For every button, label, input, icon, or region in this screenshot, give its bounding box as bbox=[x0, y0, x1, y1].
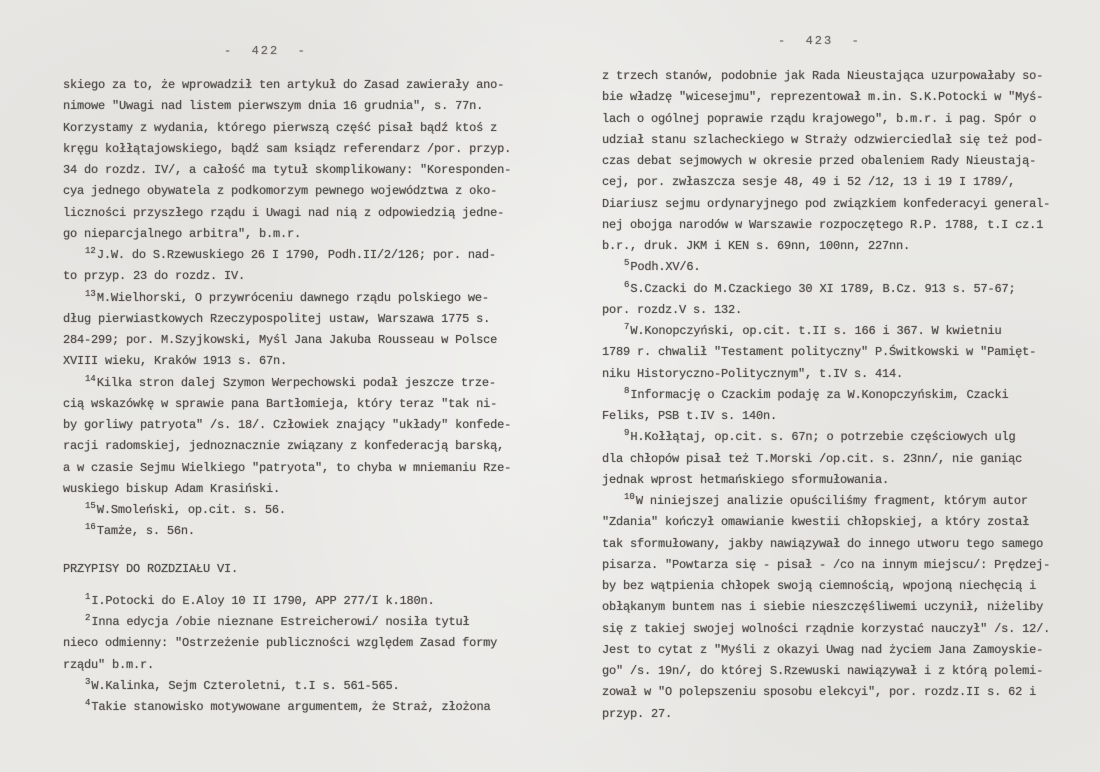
footnote-number: 10 bbox=[624, 487, 636, 508]
text-line: nieco odmienny: "Ostrzeżenie publicznośc… bbox=[63, 633, 523, 654]
text-line: czas debat sejmowych w okresie przed oba… bbox=[602, 151, 1072, 172]
text-line: wuskiego biskup Adam Krasiński. bbox=[63, 479, 523, 500]
footnote-number: 14 bbox=[85, 369, 97, 390]
footnote: 1I.Potocki do E.Aloy 10 II 1790, APP 277… bbox=[63, 591, 523, 612]
text-line: 1I.Potocki do E.Aloy 10 II 1790, APP 277… bbox=[63, 591, 523, 612]
text-line: by gorliwy patryota" /s. 18/. Człowiek z… bbox=[63, 415, 523, 436]
text-line: rządu" b.m.r. bbox=[63, 655, 523, 676]
text-line: Jest to cytat z "Myśli z okazyi Uwag nad… bbox=[602, 640, 1072, 661]
text-line: 13M.Wielhorski, O przywróceniu dawnego r… bbox=[63, 288, 523, 309]
text-line: jednak wprost hetmańskiego sformułowania… bbox=[602, 470, 1072, 491]
footnote: 10W niniejszej analizie opuściliśmy frag… bbox=[602, 491, 1072, 725]
footnote-number: 15 bbox=[85, 496, 97, 517]
paragraph: skiego za to, że wprowadził ten artykuł … bbox=[63, 75, 523, 245]
text-line: nej obojga narodów w Warszawie rozpoczęt… bbox=[602, 215, 1072, 236]
footnote: 7W.Konopczyński, op.cit. t.II s. 166 i 3… bbox=[602, 321, 1072, 385]
text-line: 12J.W. do S.Rzewuskiego 26 I 1790, Podh.… bbox=[63, 245, 523, 266]
page-number-left: - 422 - bbox=[224, 44, 307, 58]
text-line: z trzech stanów, podobnie jak Rada Nieus… bbox=[602, 66, 1072, 87]
text-line: XVIII wieku, Kraków 1913 s. 67n. bbox=[63, 351, 523, 372]
text-line: liczności przyszłego rządu i Uwagi nad n… bbox=[63, 203, 523, 224]
footnote-number: 8 bbox=[624, 381, 630, 402]
text-line: cej, por. zwłaszcza sesje 48, 49 i 52 /1… bbox=[602, 172, 1072, 193]
text-line: cya jednego obywatela z podkomorzym pewn… bbox=[63, 181, 523, 202]
footnote-number: 2 bbox=[85, 608, 91, 629]
footnote: 6S.Czacki do M.Czackiego 30 XI 1789, B.C… bbox=[602, 279, 1072, 322]
text-line: go nieparcjalnego arbitra", b.m.r. bbox=[63, 224, 523, 245]
footnote: 9H.Kołłątaj, op.cit. s. 67n; o potrzebie… bbox=[602, 427, 1072, 491]
text-line: Feliks, PSB t.IV s. 140n. bbox=[602, 406, 1072, 427]
text-line: b.r., druk. JKM i KEN s. 69nn, 100nn, 22… bbox=[602, 236, 1072, 257]
text-line: PRZYPISY DO ROZDZIAŁU VI. bbox=[63, 559, 523, 580]
text-line: racji radomskiej, jednoznacznie związany… bbox=[63, 436, 523, 457]
footnote: 3W.Kalinka, Sejm Czteroletni, t.I s. 561… bbox=[63, 676, 523, 697]
text-line: a w czasie Sejmu Wielkiego "patryota", t… bbox=[63, 458, 523, 479]
text-line: przyp. 27. bbox=[602, 704, 1072, 725]
text-line: pisarza. "Powtarza się - pisał - /co na … bbox=[602, 555, 1072, 576]
text-line: obłąkanym buntem nas i siebie nieszczęśl… bbox=[602, 597, 1072, 618]
footnote-number: 3 bbox=[85, 672, 91, 693]
footnote-number: 12 bbox=[85, 241, 97, 262]
paragraph: z trzech stanów, podobnie jak Rada Nieus… bbox=[602, 66, 1072, 257]
text-line: 7W.Konopczyński, op.cit. t.II s. 166 i 3… bbox=[602, 321, 1072, 342]
footnote-number: 6 bbox=[624, 275, 630, 296]
text-line: cią wskazówkę w sprawie pana Bartłomieja… bbox=[63, 394, 523, 415]
text-line: by bez wątpienia chłopek swoją ciemności… bbox=[602, 576, 1072, 597]
text-line: zował w "O polepszeniu sposobu elekcyi",… bbox=[602, 682, 1072, 703]
text-line: 2Inna edycja /obie nieznane Estreicherow… bbox=[63, 612, 523, 633]
text-line: 3W.Kalinka, Sejm Czteroletni, t.I s. 561… bbox=[63, 676, 523, 697]
text-line: 6S.Czacki do M.Czackiego 30 XI 1789, B.C… bbox=[602, 279, 1072, 300]
text-line: tak sformułowany, jakby nawiązywał do in… bbox=[602, 534, 1072, 555]
footnote-number: 5 bbox=[624, 253, 630, 274]
text-line: "Zdania" kończył omawianie kwestii chłop… bbox=[602, 512, 1072, 533]
text-line: bie władzę "wicesejmu", reprezentował m.… bbox=[602, 87, 1072, 108]
footnote-number: 1 bbox=[85, 587, 91, 608]
text-line: to przyp. 23 do rozdz. IV. bbox=[63, 266, 523, 287]
footnote: 15W.Smoleński, op.cit. s. 56. bbox=[63, 500, 523, 521]
footnote: 8Informację o Czackim podaję za W.Konopc… bbox=[602, 385, 1072, 428]
text-line: 34 do rozdz. IV/, a całość ma tytuł skom… bbox=[63, 160, 523, 181]
text-line: 15W.Smoleński, op.cit. s. 56. bbox=[63, 500, 523, 521]
footnote: 2Inna edycja /obie nieznane Estreicherow… bbox=[63, 612, 523, 676]
text-line: go" /s. 19n/, do której S.Rzewuski nawią… bbox=[602, 661, 1072, 682]
text-line: 1789 r. chwalił "Testament polityczny" P… bbox=[602, 342, 1072, 363]
text-line: dla chłopów pisał też T.Morski /op.cit. … bbox=[602, 449, 1072, 470]
footnote-number: 7 bbox=[624, 317, 630, 338]
text-line: Korzystamy z wydania, którego pierwszą c… bbox=[63, 118, 523, 139]
text-line: udział stanu szlacheckiego w Straży odzw… bbox=[602, 130, 1072, 151]
text-line: 284-299; por. M.Szyjkowski, Myśl Jana Ja… bbox=[63, 330, 523, 351]
text-line: 4Takie stanowisko motywowane argumentem,… bbox=[63, 697, 523, 718]
text-line: 5Podh.XV/6. bbox=[602, 257, 1072, 278]
footnote: 13M.Wielhorski, O przywróceniu dawnego r… bbox=[63, 288, 523, 373]
footnote: 12J.W. do S.Rzewuskiego 26 I 1790, Podh.… bbox=[63, 245, 523, 288]
footnote-number: 9 bbox=[624, 423, 630, 444]
page-right-text-column: z trzech stanów, podobnie jak Rada Nieus… bbox=[602, 66, 1072, 725]
text-line: 8Informację o Czackim podaję za W.Konopc… bbox=[602, 385, 1072, 406]
footnote-number: 13 bbox=[85, 284, 97, 305]
footnote-number: 4 bbox=[85, 693, 91, 714]
footnote: 16Tamże, s. 56n. bbox=[63, 521, 523, 542]
text-line: kręgu kołłątajowskiego, bądź sam ksiądz … bbox=[63, 139, 523, 160]
page-number-right: - 423 - bbox=[778, 34, 861, 48]
footnote-number: 16 bbox=[85, 517, 97, 538]
text-line: 10W niniejszej analizie opuściliśmy frag… bbox=[602, 491, 1072, 512]
footnote: 5Podh.XV/6. bbox=[602, 257, 1072, 278]
text-line: 14Kilka stron dalej Szymon Werpechowski … bbox=[63, 373, 523, 394]
page-left-text-column: skiego za to, że wprowadził ten artykuł … bbox=[63, 75, 523, 718]
footnote: 4Takie stanowisko motywowane argumentem,… bbox=[63, 697, 523, 718]
text-line: niku Historyczno-Politycznym", t.IV s. 4… bbox=[602, 364, 1072, 385]
text-line: dług pierwiastkowych Rzeczypospolitej us… bbox=[63, 309, 523, 330]
text-line: 9H.Kołłątaj, op.cit. s. 67n; o potrzebie… bbox=[602, 427, 1072, 448]
footnote: 14Kilka stron dalej Szymon Werpechowski … bbox=[63, 373, 523, 501]
text-line: lach o ogólnej poprawie rządu krajowego"… bbox=[602, 109, 1072, 130]
text-line: por. rozdz.V s. 132. bbox=[602, 300, 1072, 321]
section-heading: PRZYPISY DO ROZDZIAŁU VI. bbox=[63, 559, 523, 580]
text-line: się z takiej swojej wolności rządnie kor… bbox=[602, 619, 1072, 640]
text-line: nimowe "Uwagi nad listem pierwszym dnia … bbox=[63, 96, 523, 117]
scanned-book-spread: { "scan": { "paper_color": "#e9e8e5", "i… bbox=[0, 0, 1100, 772]
text-line: Diariusz sejmu ordynaryjnego pod związki… bbox=[602, 194, 1072, 215]
text-line: 16Tamże, s. 56n. bbox=[63, 521, 523, 542]
text-line: skiego za to, że wprowadził ten artykuł … bbox=[63, 75, 523, 96]
